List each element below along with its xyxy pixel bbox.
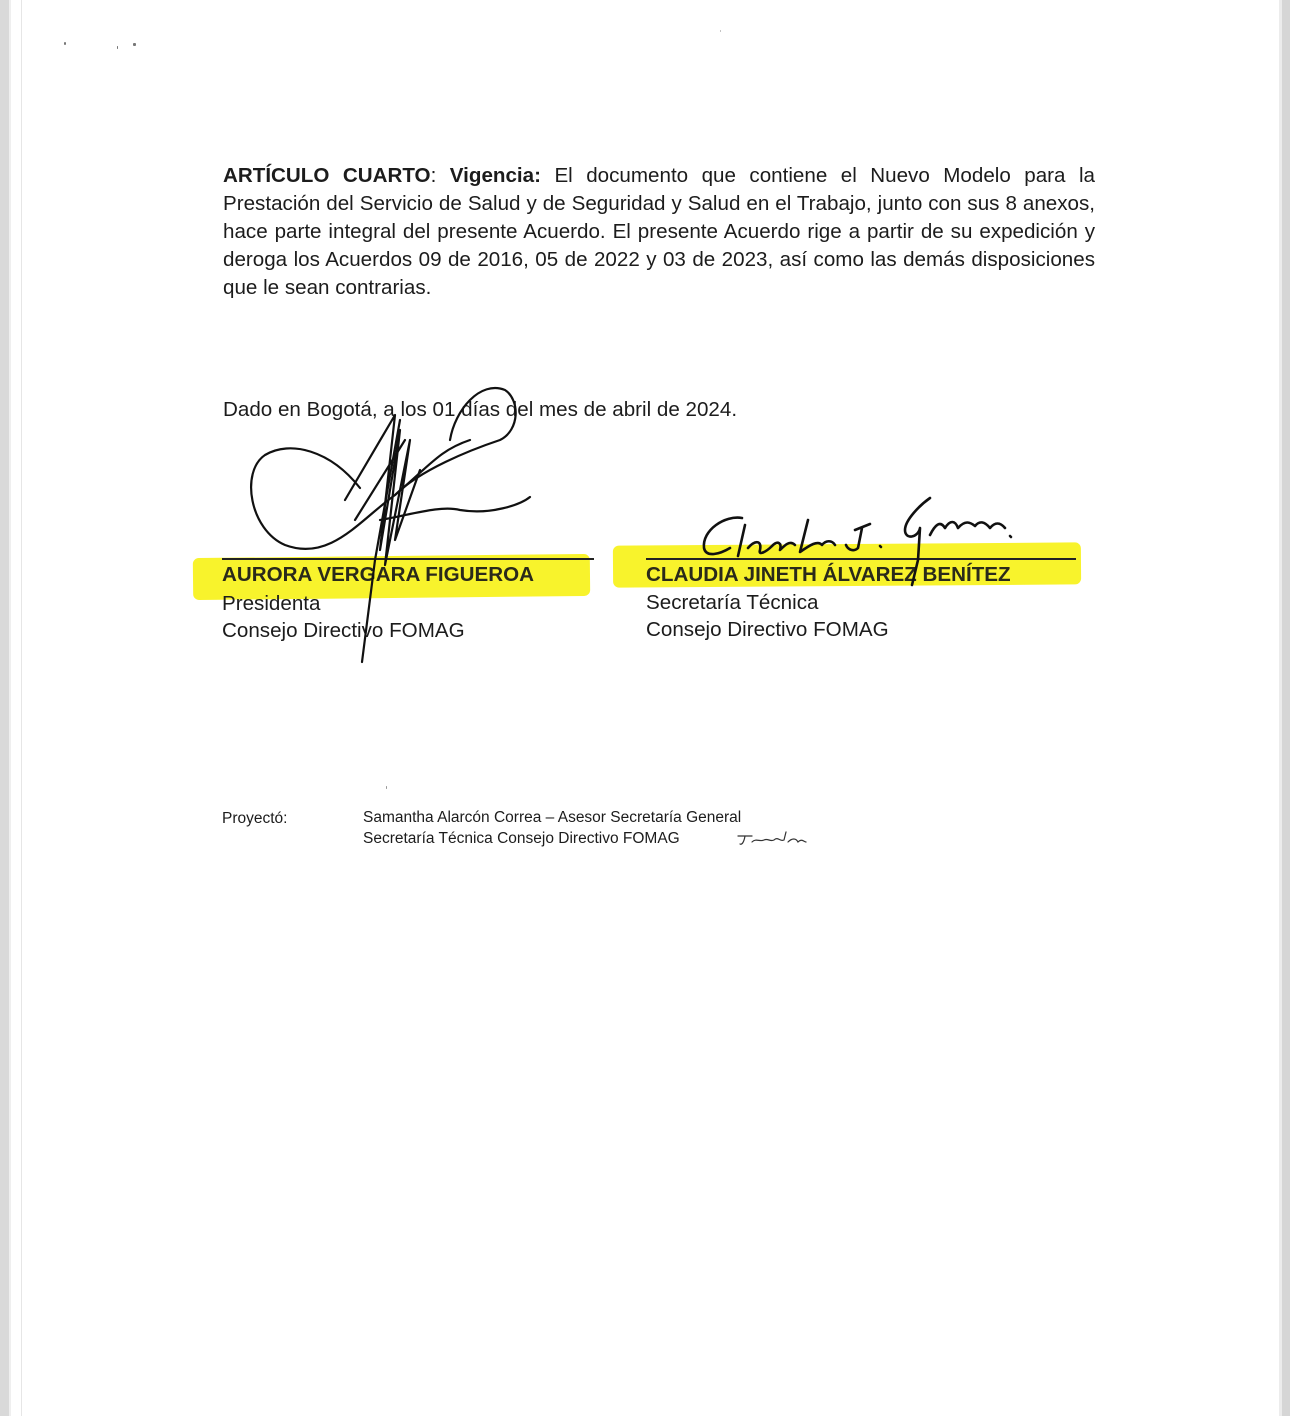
footer-label: Proyectó:: [222, 810, 287, 828]
footer-line-2: Secretaría Técnica Consejo Directivo FOM…: [363, 830, 680, 848]
issued-date-line: Dado en Bogotá, a los 01 días del mes de…: [223, 398, 737, 422]
signatory-1-role: Presidenta: [222, 592, 320, 616]
signatory-2-name: CLAUDIA JINETH ÁLVAREZ BENÍTEZ: [646, 563, 1011, 587]
page-edge-left-shadow: [9, 0, 11, 1416]
scan-speck: [720, 30, 721, 32]
scan-speck: [386, 786, 387, 789]
page-edge-right: [1282, 0, 1290, 1416]
signature-line-2: [646, 558, 1076, 560]
page-margin-line: [21, 0, 22, 1416]
scan-speck: [117, 46, 118, 49]
page-edge-left: [0, 0, 9, 1416]
article-heading: ARTÍCULO CUARTO: [223, 164, 431, 187]
signature-line-1: [222, 558, 594, 560]
article-subheading: Vigencia:: [450, 164, 541, 187]
scan-speck: [133, 43, 136, 46]
signatory-2-body: Consejo Directivo FOMAG: [646, 618, 889, 642]
footer-line-1: Samantha Alarcón Correa – Asesor Secreta…: [363, 809, 741, 827]
signatory-1-body: Consejo Directivo FOMAG: [222, 619, 465, 643]
scan-speck: [64, 42, 66, 45]
signatory-1-name: AURORA VERGARA FIGUEROA: [222, 563, 534, 587]
article-separator: :: [431, 164, 450, 187]
signatory-2-role: Secretaría Técnica: [646, 591, 818, 615]
article-paragraph: ARTÍCULO CUARTO: Vigencia: El documento …: [223, 162, 1095, 302]
